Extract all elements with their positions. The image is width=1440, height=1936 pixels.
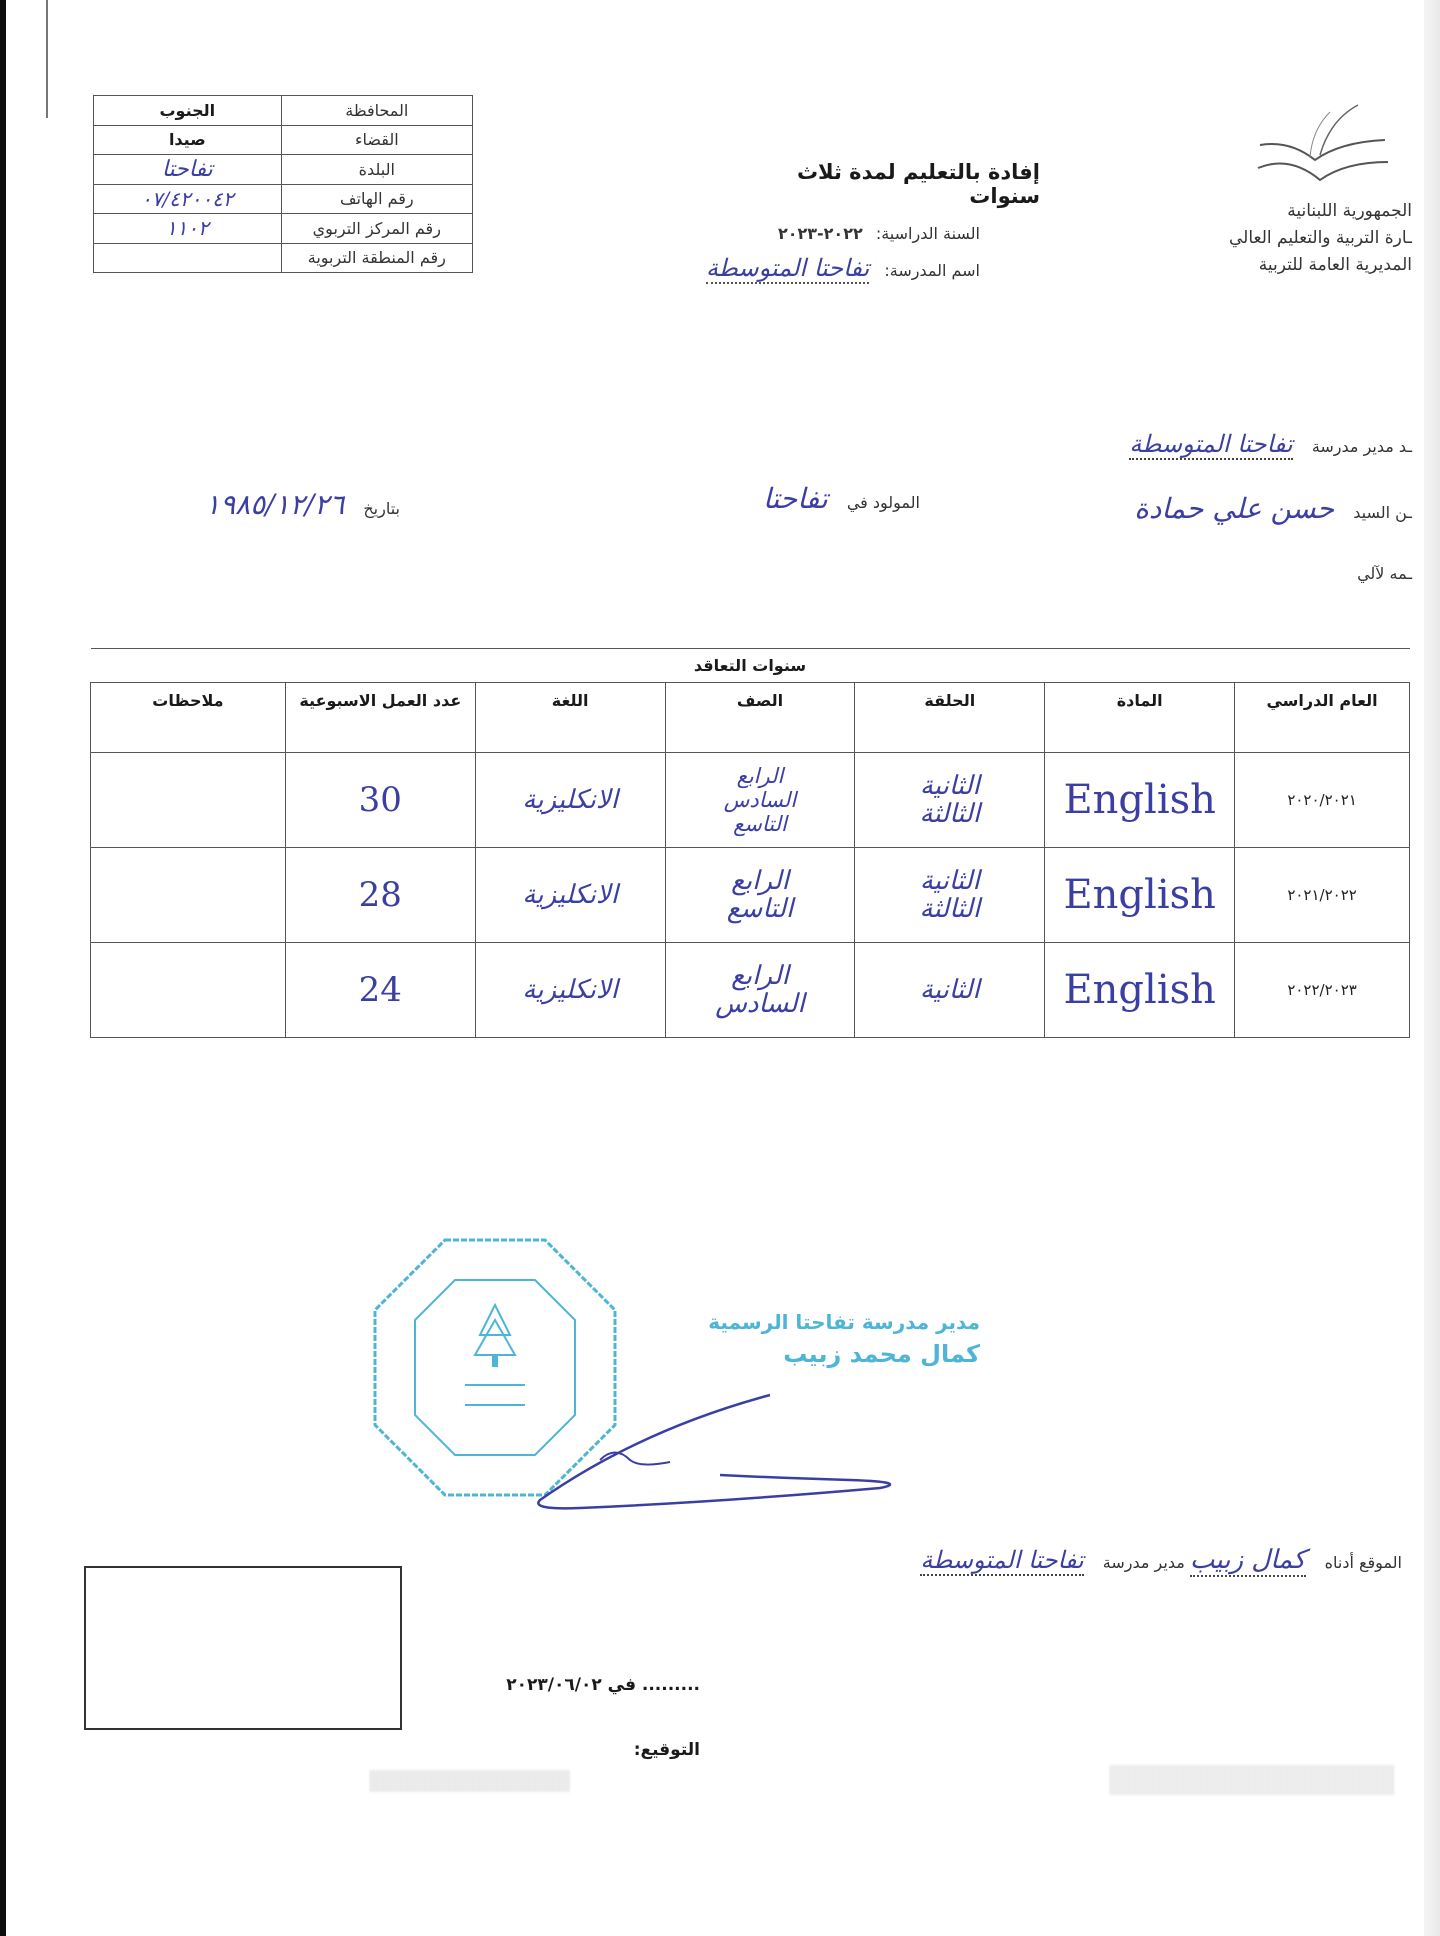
grade-value: التاسع bbox=[666, 812, 855, 836]
cell-grade: الرابع التاسع bbox=[665, 848, 855, 943]
hours-value: 24 bbox=[286, 976, 475, 1004]
cell-year: ٢٠٢١/٢٠٢٢ bbox=[1235, 848, 1410, 943]
cell-cycle: الثانية bbox=[855, 943, 1045, 1038]
cell-notes bbox=[91, 943, 286, 1038]
cell-hours: 24 bbox=[285, 943, 475, 1038]
scan-edge bbox=[0, 0, 6, 1936]
ministry-line: ـارة التربية والتعليم العالي bbox=[1152, 225, 1412, 252]
info-row: رقم الهاتف ٠٧/٤٢٠٠٤٢ bbox=[94, 184, 473, 214]
ministry-line: المديرية العامة للتربية bbox=[1152, 252, 1412, 279]
teacher-line: ـن السيد حسن علي حمادة bbox=[972, 492, 1412, 525]
info-value: الجنوب bbox=[94, 96, 282, 126]
info-table: المحافظة الجنوب القضاء صيدا البلدة تفاحت… bbox=[93, 95, 473, 273]
cell-language: الانكليزية bbox=[475, 848, 665, 943]
info-value-handwritten: ٠٧/٤٢٠٠٤٢ bbox=[94, 184, 282, 214]
info-value-handwritten: ١١٠٢ bbox=[94, 214, 282, 244]
academic-year-label: السنة الدراسية: bbox=[876, 224, 980, 243]
info-row: البلدة تفاحتا bbox=[94, 155, 473, 185]
scan-smudge bbox=[1110, 1765, 1395, 1795]
cell-subject: English bbox=[1045, 848, 1235, 943]
subject-value: English bbox=[1045, 786, 1234, 814]
principal-stamp-text: مدير مدرسة تفاحتا الرسمية كمال محمد زبيب bbox=[680, 1310, 980, 1368]
subject-value: English bbox=[1045, 976, 1234, 1004]
birthdate-value: ١٩٨٥/١٢/٢٦ bbox=[205, 488, 344, 521]
language-value: الانكليزية bbox=[476, 976, 665, 1004]
grade-value: السادس bbox=[666, 990, 855, 1018]
header-language: اللغة bbox=[475, 683, 665, 753]
principal-label: مدير مدرسة bbox=[1103, 1553, 1185, 1572]
info-value: صيدا bbox=[94, 125, 282, 155]
info-row: رقم المركز التربوي ١١٠٢ bbox=[94, 214, 473, 244]
birthdate: بتاريخ ١٩٨٥/١٢/٢٦ bbox=[70, 488, 400, 521]
grade-value: السادس bbox=[666, 788, 855, 812]
cycle-value: الثانية bbox=[855, 976, 1044, 1004]
info-label: المحافظة bbox=[281, 96, 472, 126]
ministry-line: الجمهورية اللبنانية bbox=[1152, 198, 1412, 225]
director-line: ـد مدير مدرسة تفاحتا المتوسطة bbox=[892, 430, 1412, 458]
subject-value: English bbox=[1045, 881, 1234, 909]
academic-year: السنة الدراسية: ٢٠٢٢-٢٠٢٣ bbox=[720, 224, 980, 243]
principal-title: مدير مدرسة تفاحتا الرسمية bbox=[680, 1310, 980, 1334]
info-label: رقم المنطقة التربوية bbox=[281, 243, 472, 273]
cell-notes bbox=[91, 753, 286, 848]
header-notes: ملاحظات bbox=[91, 683, 286, 753]
birthplace-label: المولود في bbox=[847, 493, 920, 512]
language-value: الانكليزية bbox=[476, 786, 665, 814]
cycle-value: الثالثة bbox=[855, 800, 1044, 828]
ministry-header: الجمهورية اللبنانية ـارة التربية والتعلي… bbox=[1152, 198, 1412, 279]
grade-value: الرابع bbox=[666, 962, 855, 990]
hours-value: 30 bbox=[286, 786, 475, 814]
cell-subject: English bbox=[1045, 753, 1235, 848]
director-line-value: تفاحتا المتوسطة bbox=[1129, 430, 1292, 460]
info-row: القضاء صيدا bbox=[94, 125, 473, 155]
cell-subject: English bbox=[1045, 943, 1235, 1038]
academic-year-value: ٢٠٢٢-٢٠٢٣ bbox=[778, 224, 863, 243]
cell-language: الانكليزية bbox=[475, 753, 665, 848]
header-subject: المادة bbox=[1045, 683, 1235, 753]
school-name-value: تفاحتا المتوسطة bbox=[706, 254, 869, 284]
header-cycle: الحلقة bbox=[855, 683, 1045, 753]
table-caption-row: سنوات التعاقد bbox=[91, 649, 1410, 683]
teacher-name: حسن علي حمادة bbox=[1134, 492, 1334, 525]
cell-year: ٢٠٢٠/٢٠٢١ bbox=[1235, 753, 1410, 848]
table-row: ٢٠٢٢/٢٠٢٣ English الثانية الرابع السادس … bbox=[91, 943, 1410, 1038]
birthplace-value: تفاحتا bbox=[763, 482, 828, 515]
cell-cycle: الثانية الثالثة bbox=[855, 848, 1045, 943]
cell-hours: 30 bbox=[285, 753, 475, 848]
info-label: البلدة bbox=[281, 155, 472, 185]
issue-date: ......... في ٢٠٢٣/٠٦/٠٢ bbox=[440, 1675, 700, 1695]
info-row: رقم المنطقة التربوية bbox=[94, 243, 473, 273]
info-value-handwritten: تفاحتا bbox=[94, 155, 282, 185]
scan-edge-right bbox=[1424, 0, 1440, 1936]
language-value: الانكليزية bbox=[476, 881, 665, 909]
signatory-label: الموقع أدناه bbox=[1325, 1553, 1402, 1572]
signature-label: التوقيع: bbox=[560, 1740, 700, 1760]
photo-box bbox=[84, 1566, 402, 1730]
signatory-line: الموقع أدناه كمال زبيب مدير مدرسة تفاحتا… bbox=[582, 1545, 1402, 1575]
cell-notes bbox=[91, 848, 286, 943]
cell-language: الانكليزية bbox=[475, 943, 665, 1038]
table-row: ٢٠٢١/٢٠٢٢ English الثانية الثالثة الرابع… bbox=[91, 848, 1410, 943]
school-name: اسم المدرسة: تفاحتا المتوسطة bbox=[550, 254, 980, 282]
cell-cycle: الثانية الثالثة bbox=[855, 753, 1045, 848]
grade-value: التاسع bbox=[666, 895, 855, 923]
cycle-value: الثانية bbox=[855, 772, 1044, 800]
grade-value: الرابع bbox=[666, 867, 855, 895]
birthdate-label: بتاريخ bbox=[363, 499, 400, 518]
info-value bbox=[94, 243, 282, 273]
info-label: رقم المركز التربوي bbox=[281, 214, 472, 244]
header-weekly-hours: عدد العمل الاسبوعية bbox=[285, 683, 475, 753]
cycle-value: الثالثة bbox=[855, 895, 1044, 923]
signatory-name: كمال زبيب bbox=[1190, 1545, 1306, 1577]
signature-icon bbox=[520, 1390, 940, 1510]
table-caption: سنوات التعاقد bbox=[91, 649, 1410, 683]
cycle-value: الثانية bbox=[855, 867, 1044, 895]
grade-value: الرابع bbox=[666, 764, 855, 788]
cell-hours: 28 bbox=[285, 848, 475, 943]
principal-name: كمال محمد زبيب bbox=[680, 1340, 980, 1368]
director-line-label: ـد مدير مدرسة bbox=[1312, 437, 1412, 456]
header-year: العام الدراسي bbox=[1235, 683, 1410, 753]
header-grade: الصف bbox=[665, 683, 855, 753]
contract-years-table: سنوات التعاقد العام الدراسي المادة الحلق… bbox=[90, 648, 1410, 1038]
cell-grade: الرابع السادس التاسع bbox=[665, 753, 855, 848]
scan-artifact-line bbox=[46, 0, 48, 118]
cell-year: ٢٠٢٢/٢٠٢٣ bbox=[1235, 943, 1410, 1038]
table-header-row: العام الدراسي المادة الحلقة الصف اللغة ع… bbox=[91, 683, 1410, 753]
info-label: القضاء bbox=[281, 125, 472, 155]
teacher-label: ـن السيد bbox=[1353, 503, 1412, 522]
school-name-label: اسم المدرسة: bbox=[884, 261, 980, 280]
principal-school: تفاحتا المتوسطة bbox=[920, 1546, 1083, 1576]
info-row: المحافظة الجنوب bbox=[94, 96, 473, 126]
intro-line: ـمه لآلي bbox=[1212, 564, 1412, 583]
cell-grade: الرابع السادس bbox=[665, 943, 855, 1038]
hours-value: 28 bbox=[286, 881, 475, 909]
birthplace: المولود في تفاحتا bbox=[660, 482, 920, 515]
info-label: رقم الهاتف bbox=[281, 184, 472, 214]
table-row: ٢٠٢٠/٢٠٢١ English الثانية الثالثة الرابع… bbox=[91, 753, 1410, 848]
scan-smudge bbox=[370, 1770, 570, 1792]
ministry-logo-icon bbox=[1250, 100, 1400, 185]
document-title: إفادة بالتعليم لمدة ثلاث سنوات bbox=[720, 160, 1040, 208]
